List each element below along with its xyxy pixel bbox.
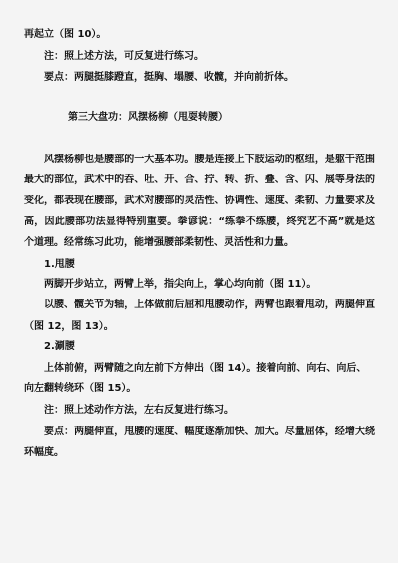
subsection-2-key-points: 环幅度。 xyxy=(24,447,64,459)
paragraph-line: 最大的部位，武术中的吞、吐、开、合、拧、转、折、叠、含、闪、展等身法的 xyxy=(24,174,375,186)
subsection-1-line: 两脚开步站立，两臂上举，指尖向上，掌心均向前（图 11）。 xyxy=(44,279,316,291)
subsection-1-line: 以腰、髋关节为轴，上体做前后屈和甩腰动作，两臂也跟着甩动，两腿伸直 xyxy=(44,299,375,311)
key-points-text: 要点：两腿挺膝蹬直，挺胸、塌腰、收髋，并向前折体。 xyxy=(44,72,294,84)
section-heading: 第三大盘功：风摆杨柳（甩耍转腰） xyxy=(68,112,228,124)
subsection-2-line: 向左翻转绕环（图 15）。 xyxy=(24,383,136,395)
paragraph-line: 变化，都表现在腰部，武术对腰部的灵活性、协调性、速度、柔韧、力量要求及 xyxy=(24,195,375,207)
subsection-title-1: 1.甩腰 xyxy=(44,259,75,271)
note-text: 注：照上述方法，可反复进行练习。 xyxy=(44,51,204,63)
subsection-2-note: 注：照上述动作方法，左右反复进行练习。 xyxy=(44,405,234,417)
document-page: 再起立（图 10）。 注：照上述方法，可反复进行练习。 要点：两腿挺膝蹬直，挺胸… xyxy=(0,0,398,563)
subsection-2-line: 上体前俯，两臂随之向左前下方伸出（图 14）。接着向前、向右、向后、 xyxy=(44,363,366,375)
paragraph-line: 个道理。经常练习此功，能增强腰部柔韧性、灵活性和力量。 xyxy=(24,237,294,249)
continuation-text: 再起立（图 10）。 xyxy=(24,29,106,41)
subsection-title-2: 2.涮腰 xyxy=(44,341,75,353)
paragraph-line: 风摆杨柳也是腰部的一大基本功。腰是连接上下肢运动的枢纽，是躯干范围 xyxy=(44,154,375,166)
subsection-2-key-points: 要点：两腿伸直，甩腰的速度、幅度逐渐加快、加大。尽量屈体，经增大绕 xyxy=(44,426,375,438)
subsection-1-line: （图 12，图 13）。 xyxy=(24,321,114,333)
paragraph-line: 高，因此腰部功法显得特别重要。拳谚说：“练拳不练腰，终究艺不高”就是这 xyxy=(24,216,375,228)
